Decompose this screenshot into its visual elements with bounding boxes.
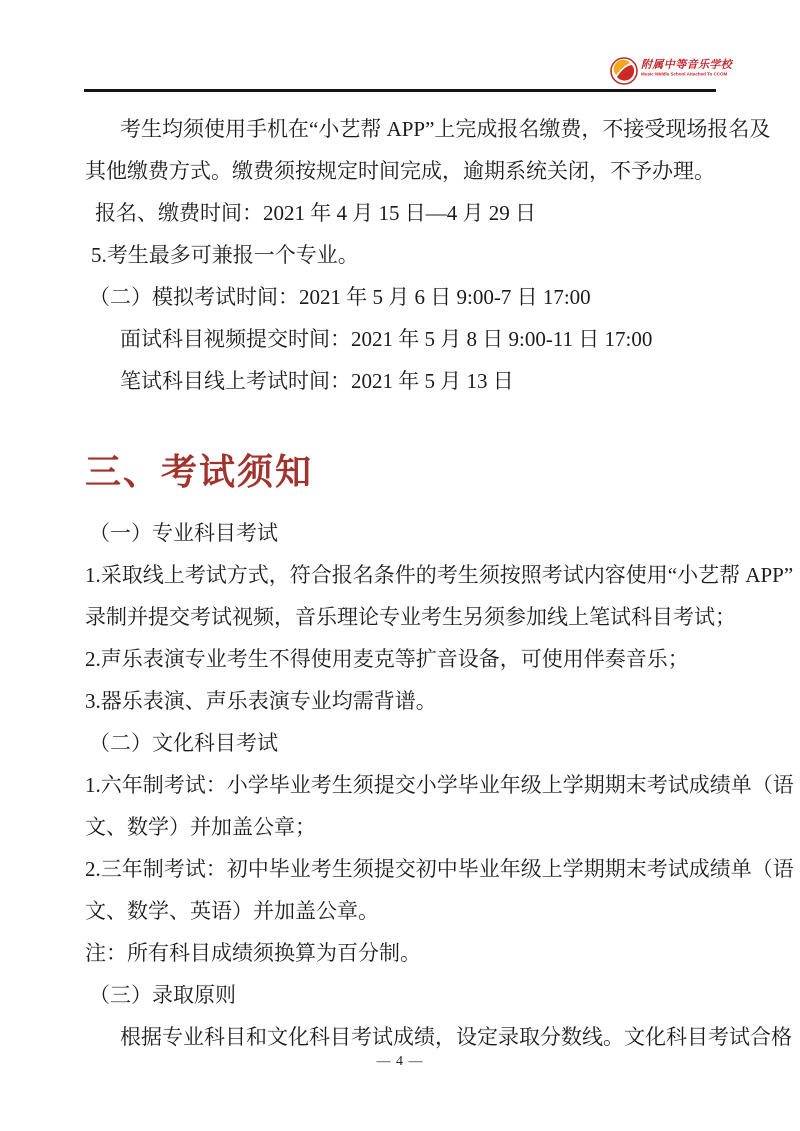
page-number: — 4 — (0, 1054, 800, 1070)
text-line: 文、数学）并加盖公章； (85, 806, 717, 848)
logo-title-cn: 附属中等音乐学校 (641, 56, 732, 72)
text-line: （二）文化科目考试 (85, 722, 717, 764)
section-heading: 三、考试须知 (85, 444, 717, 500)
text-line: 考生均须使用手机在“小艺帮 APP”上完成报名缴费，不接受现场报名及 (85, 108, 717, 150)
text-line: 面试科目视频提交时间：2021 年 5 月 8 日 9:00-11 日 17:0… (85, 318, 717, 360)
text-line: 3.器乐表演、声乐表演专业均需背谱。 (85, 680, 717, 722)
text-line: 5.考生最多可兼报一个专业。 (85, 234, 717, 276)
text-line: （二）模拟考试时间：2021 年 5 月 6 日 9:00-7 日 17:00 (85, 276, 717, 318)
text-line: 报名、缴费时间：2021 年 4 月 15 日—4 月 29 日 (85, 192, 717, 234)
content-lines: 考生均须使用手机在“小艺帮 APP”上完成报名缴费，不接受现场报名及其他缴费方式… (85, 108, 717, 1058)
document-page: 附属中等音乐学校 Music Middle School Attached To… (0, 0, 800, 1131)
school-emblem-icon (610, 57, 638, 85)
text-line: 2.声乐表演专业考生不得使用麦克等扩音设备，可使用伴奏音乐； (85, 638, 717, 680)
text-line: （三）录取原则 (85, 974, 717, 1016)
text-line: 根据专业科目和文化科目考试成绩，设定录取分数线。文化科目考试合格 (85, 1016, 717, 1058)
header-rule (84, 89, 716, 92)
text-line: 注：所有科目成绩须换算为百分制。 (85, 932, 717, 974)
text-line: 文、数学、英语）并加盖公章。 (85, 890, 717, 932)
logo-title-en: Music Middle School Attached To CCOM (641, 72, 727, 77)
text-line: 录制并提交考试视频，音乐理论专业考生另须参加线上笔试科目考试； (85, 596, 717, 638)
text-line: 2.三年制考试：初中毕业考生须提交初中毕业年级上学期期末考试成绩单（语 (85, 848, 717, 890)
text-line: 其他缴费方式。缴费须按规定时间完成，逾期系统关闭，不予办理。 (85, 150, 717, 192)
text-line: 1.六年制考试：小学毕业考生须提交小学毕业年级上学期期末考试成绩单（语 (85, 764, 717, 806)
school-logo: 附属中等音乐学校 Music Middle School Attached To… (610, 55, 732, 87)
text-line: 1.采取线上考试方式，符合报名条件的考生须按照考试内容使用“小艺帮 APP” (85, 554, 717, 596)
text-line: （一）专业科目考试 (85, 512, 717, 554)
text-line: 笔试科目线上考试时间：2021 年 5 月 13 日 (85, 360, 717, 402)
